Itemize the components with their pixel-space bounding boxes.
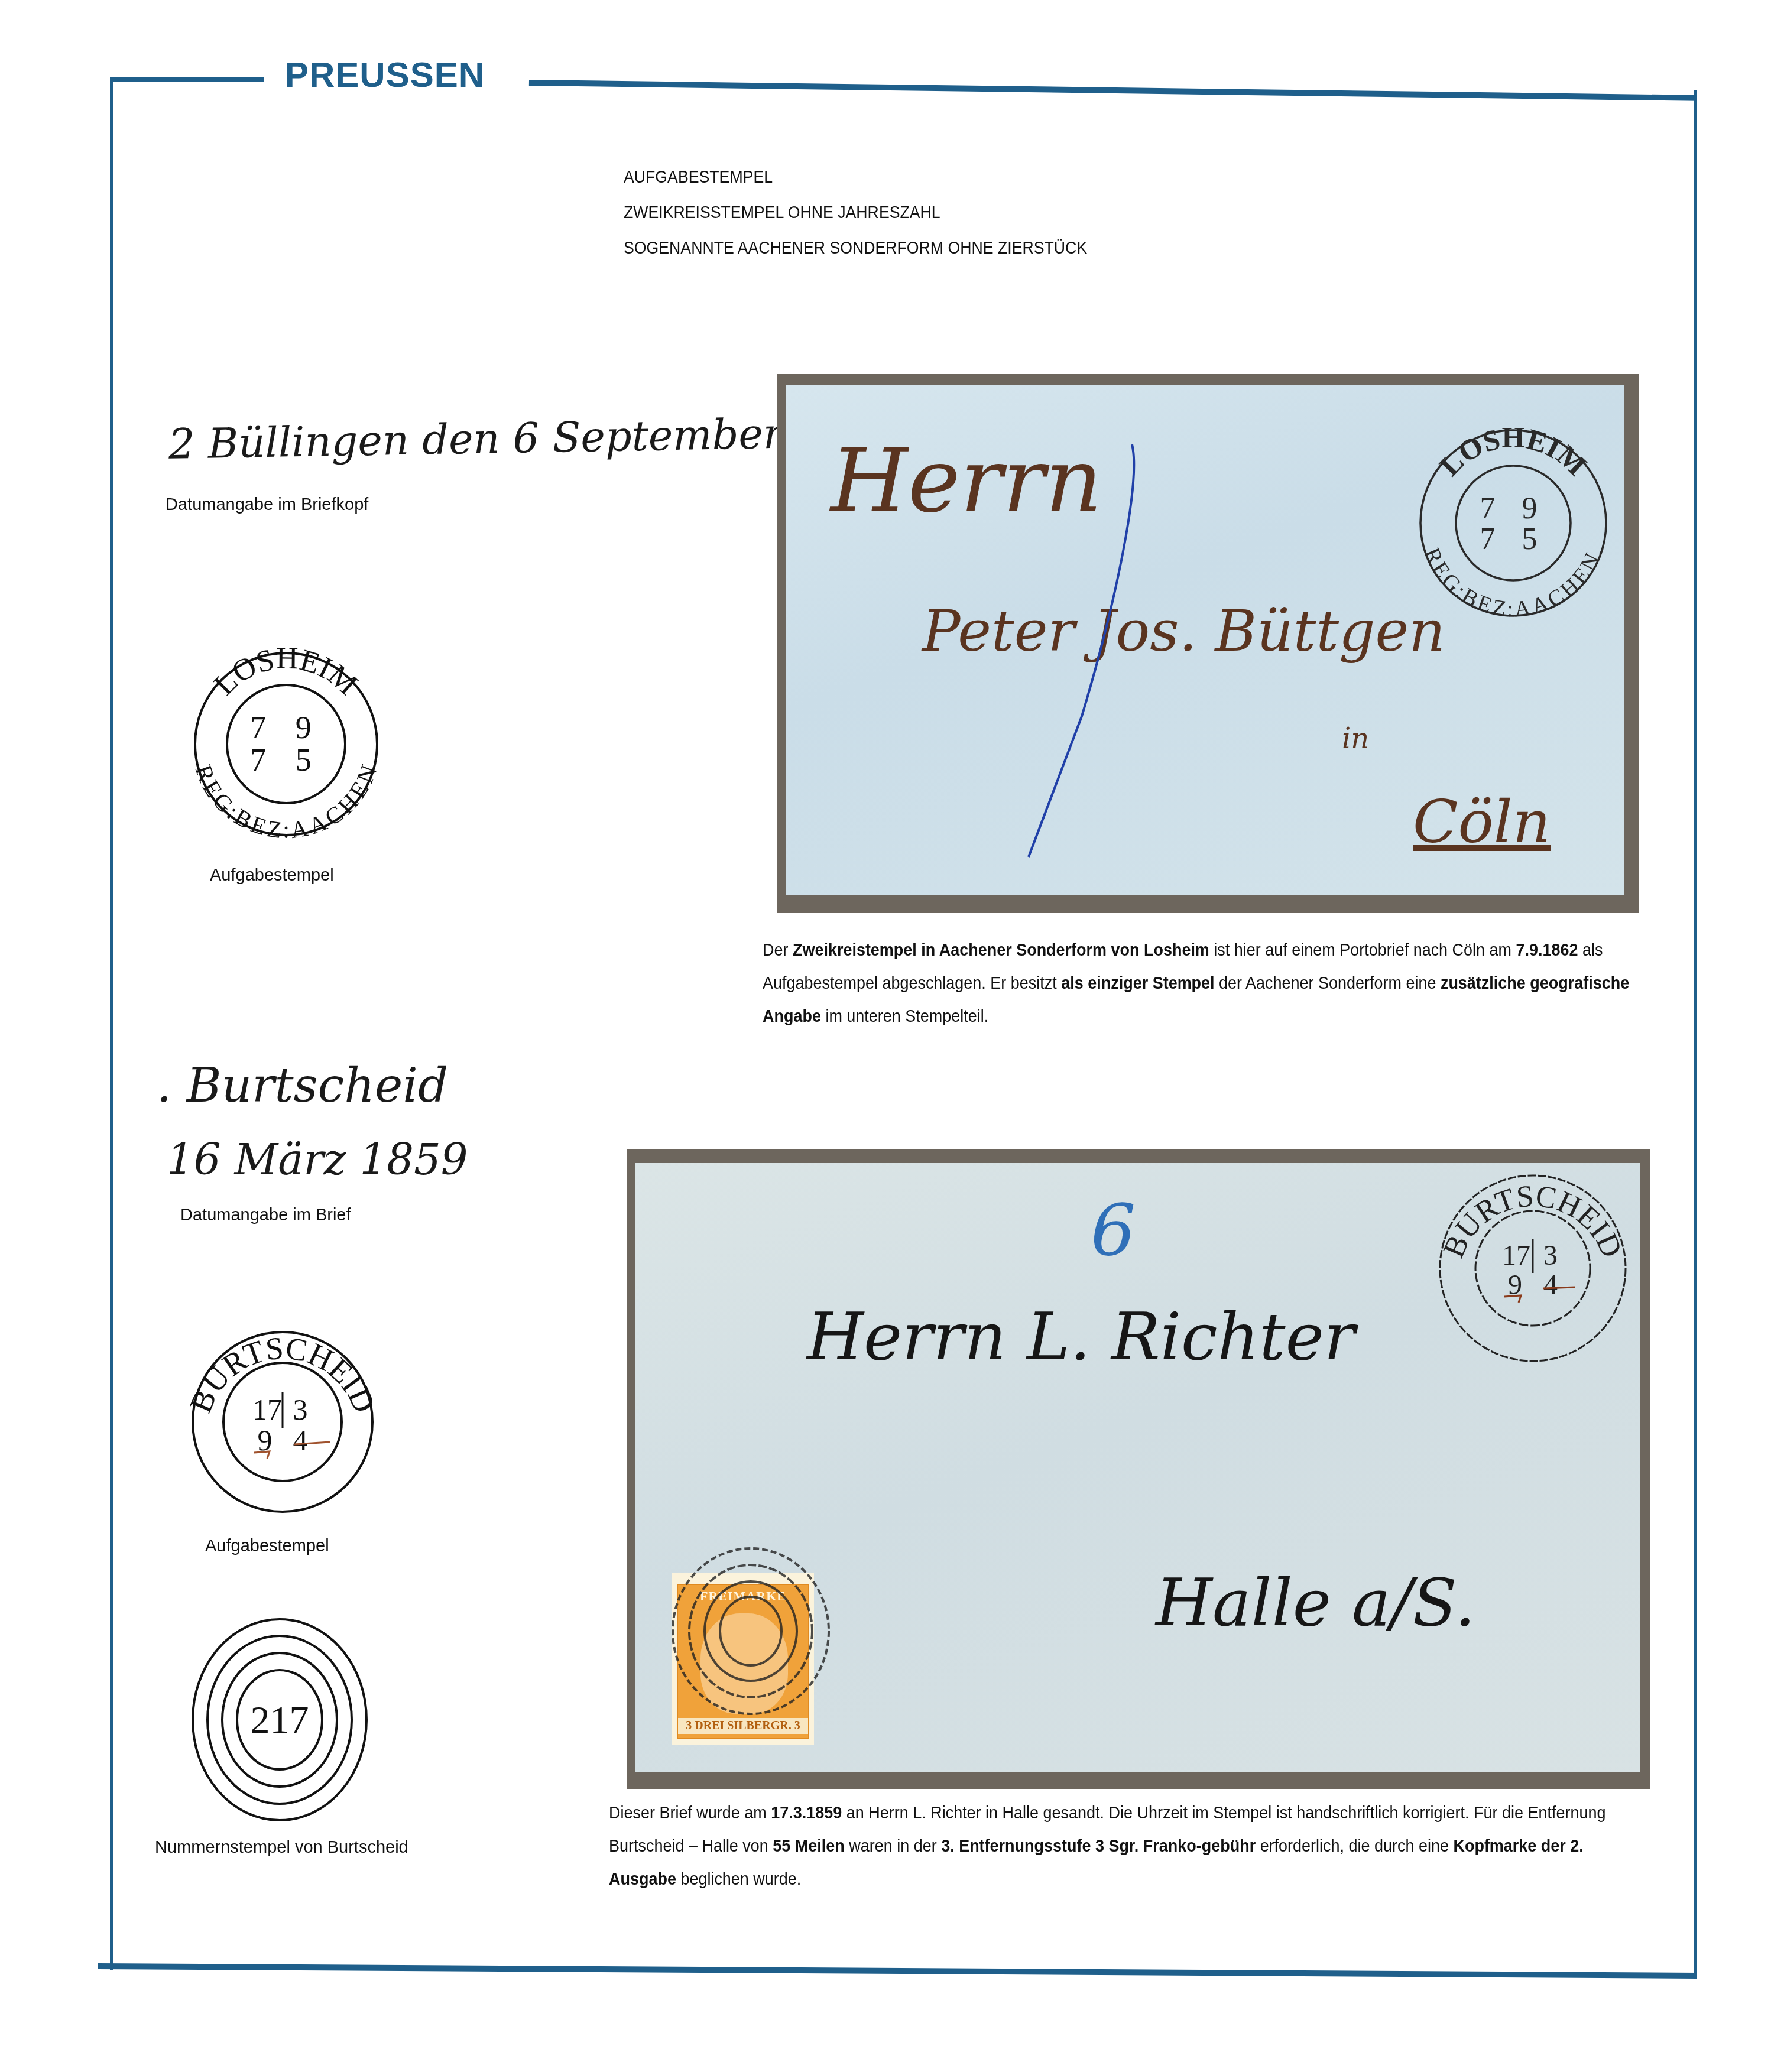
number-cancel-rings <box>655 1537 832 1714</box>
frame-top-border-right <box>529 80 1697 101</box>
description-text: der Aachener Sonderform eine <box>1215 974 1441 993</box>
svg-text:17: 17 <box>252 1393 282 1426</box>
emphasis-text: 3. Entfernungsstufe 3 Sgr. Franko-gebühr <box>941 1837 1256 1856</box>
frame-right-border <box>1694 90 1697 1974</box>
svg-text:3: 3 <box>293 1393 308 1426</box>
handwritten-place-burtscheid: . Burtscheid <box>157 1058 448 1113</box>
description-text: Dieser Brief wurde am <box>609 1804 771 1823</box>
section-heading: AUFGABESTEMPEL ZWEIKREISSTEMPEL OHNE JAH… <box>624 160 1087 266</box>
svg-text:217: 217 <box>251 1698 309 1742</box>
page-title: PREUSSEN <box>285 54 485 95</box>
letter1-cover: Herrn Peter Jos. Büttgen in Cöln LOSHEIM… <box>786 385 1624 895</box>
emphasis-text: Zweikreistempel in Aachener Sonderform v… <box>793 941 1209 960</box>
caption-number-stamp: Nummernstempel von Burtscheid <box>155 1838 408 1857</box>
caption-datum-briefkopf: Datumangabe im Briefkopf <box>166 495 368 515</box>
frame-top-border-left <box>110 77 264 82</box>
svg-text:3: 3 <box>1543 1240 1558 1271</box>
letter2-city: Halle a/S. <box>1156 1565 1475 1641</box>
emphasis-text: als einziger Stempel <box>1061 974 1214 993</box>
emphasis-text: 55 Meilen <box>773 1837 844 1856</box>
description-text: erforderlich, die durch eine <box>1256 1837 1453 1856</box>
letter2-addressee: Herrn L. Richter <box>807 1299 1355 1375</box>
number-217-postmark-drawing: 217 <box>191 1618 368 1821</box>
svg-text:7 9: 7 9 <box>250 710 322 745</box>
handwritten-date-burtscheid: 16 März 1859 <box>167 1135 468 1184</box>
svg-text:17: 17 <box>1502 1240 1530 1271</box>
heading-line: ZWEIKREISSTEMPEL OHNE JAHRESZAHL <box>624 195 1087 230</box>
svg-text:4: 4 <box>1543 1269 1558 1301</box>
losheim-postmark-drawing: LOSHEIM REG:BEZ:AACHEN 7 9 7 5 <box>193 651 379 837</box>
letter2-burtscheid-postmark: BURTSCHEID 17 3 9 4 <box>1438 1174 1627 1363</box>
description-text: Der <box>763 941 793 960</box>
burtscheid-postmark-drawing: BURTSCHEID 17 3 9 4 <box>190 1330 375 1514</box>
letter2-blue-mark: 6 <box>1091 1190 1136 1272</box>
svg-text:4: 4 <box>293 1424 308 1457</box>
heading-line: SOGENANNTE AACHENER SONDERFORM OHNE ZIER… <box>624 230 1087 266</box>
svg-text:7 9: 7 9 <box>1480 492 1547 525</box>
emphasis-text: 17.3.1859 <box>771 1804 842 1823</box>
caption-burtscheid-stamp: Aufgabestempel <box>205 1537 329 1556</box>
postage-stamp-value-text: 3 DREI SILBERGR. 3 <box>678 1718 808 1734</box>
svg-text:7 5: 7 5 <box>250 742 322 778</box>
description-text: beglichen wurde. <box>676 1870 801 1889</box>
description-text: waren in der <box>845 1837 941 1856</box>
letter2-description: Dieser Brief wurde am 17.3.1859 an Herrn… <box>609 1797 1615 1896</box>
svg-text:LOSHEIM: LOSHEIM <box>1433 421 1593 482</box>
svg-text:7 5: 7 5 <box>1480 522 1547 556</box>
emphasis-text: 7.9.1862 <box>1516 941 1578 960</box>
letter1-description: Der Zweikreistempel in Aachener Sonderfo… <box>763 934 1675 1033</box>
description-text: im unteren Stempelteil. <box>821 1007 988 1026</box>
description-text: ist hier auf einem Portobrief nach Cöln … <box>1209 941 1516 960</box>
frame-left-border <box>110 80 113 1970</box>
frame-bottom-border <box>98 1963 1697 1979</box>
caption-datum-brief: Datumangabe im Brief <box>180 1206 351 1225</box>
letter1-losheim-postmark: LOSHEIM REG:BEZ:AACHEN. 7 9 7 5 <box>1419 428 1608 618</box>
heading-line: AUFGABESTEMPEL <box>624 160 1087 195</box>
caption-losheim-stamp: Aufgabestempel <box>210 866 334 885</box>
